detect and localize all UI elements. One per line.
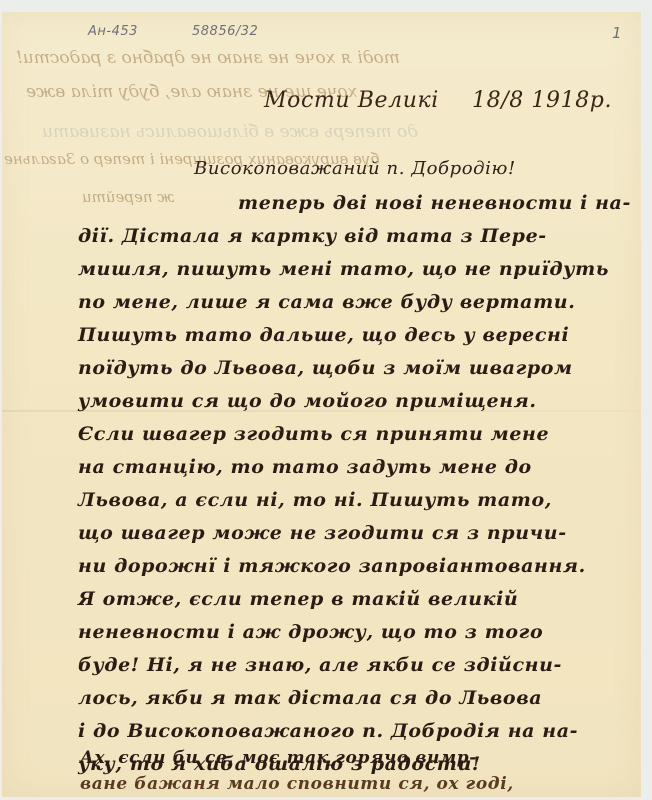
body-line: ване бажаня мало сповнити ся, ох годі, (80, 774, 514, 794)
bleed-through-line: тоді я хоче не знаю не драбно з радости! (16, 48, 400, 68)
body-line: дії. Дістала я картку від тата з Пере- (78, 225, 547, 247)
letter-date: 18/8 1918р. (472, 88, 612, 113)
body-line: Пишуть тато дальше, що десь у вересні (78, 324, 569, 346)
letter-salutation: Високоповажаний п. Добродію! (194, 158, 516, 179)
body-line: на станцію, то тато задуть мене до (78, 456, 532, 478)
body-line: мишля, пишуть мені тато, що не приїдуть (78, 258, 609, 280)
body-line: лось, якби я так дістала ся до Львова (78, 687, 542, 709)
letter-sheet: Ан-453 58856/32 1 тоді я хоче не знаю не… (2, 12, 641, 797)
body-line: Я отже, єсли тепер в такій великій (78, 588, 518, 610)
body-line: Єсли швагер згодить ся приняти мене (78, 423, 549, 445)
body-line: що швагер може не згодити ся з причи- (78, 522, 567, 544)
letter-place: Мости Великі (264, 88, 439, 113)
body-line: Ах, єсли би се, моє так горячо вимр- (80, 748, 477, 768)
body-line: Львова, а єсли ні, то ні. Пишуть тато, (78, 489, 552, 511)
body-line: неневности і аж дрожу, що то з того (78, 621, 543, 643)
body-line: буде! Ні, я не знаю, але якби се здійсни… (78, 654, 562, 676)
body-line: теперь дві нові неневности і на- (238, 192, 631, 214)
archive-fund-code: Ан-453 (88, 24, 138, 39)
page-number: 1 (612, 24, 622, 42)
body-line: і до Високоповажаного п. Добродія на на- (78, 720, 578, 742)
body-line: по мене, лише я сама вже буду вертати. (78, 291, 575, 313)
body-line: умовити ся що до мойого приміщеня. (78, 390, 537, 412)
bleed-through-line: до теперь вже в більшовались називати (42, 122, 418, 142)
body-line: ни дорожнї і тяжкого запровіантовання. (78, 555, 586, 577)
bleed-through-line: ж перейти (82, 188, 174, 206)
archive-inventory-number: 58856/32 (192, 24, 258, 39)
body-line: поїдуть до Львова, щоби з моїм швагром (78, 357, 573, 379)
